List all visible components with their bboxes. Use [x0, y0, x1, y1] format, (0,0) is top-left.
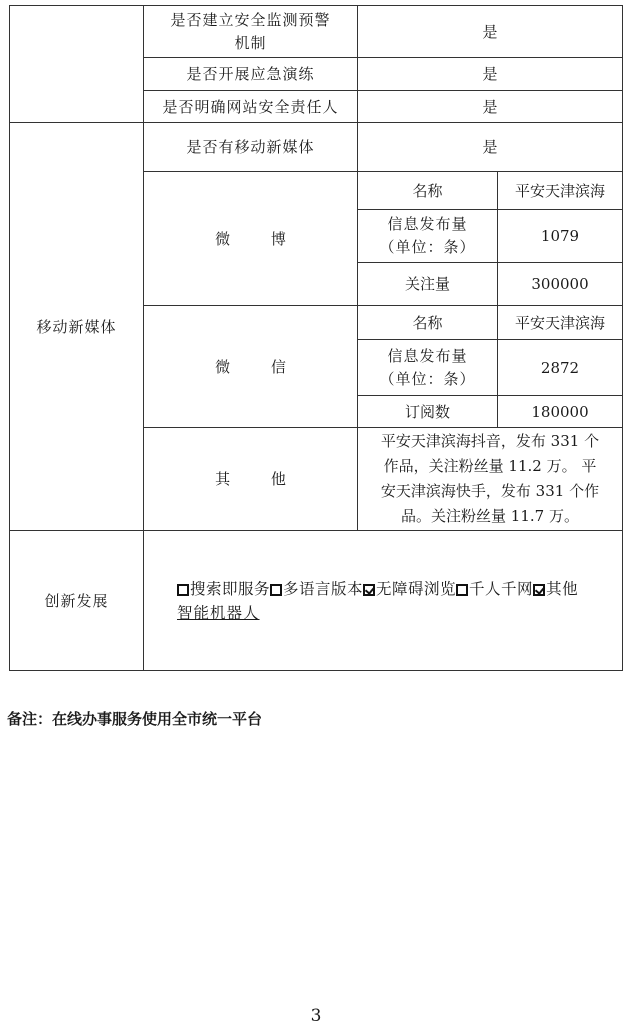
wechat-label: 微 信 — [143, 305, 358, 428]
innovation-options-cell: 搜索即服务多语言版本无障碍浏览千人千网其他 智能机器人 — [143, 530, 623, 671]
wechat-name-label: 名称 — [357, 305, 498, 340]
remark-note: 备注：在线办事服务使用全市统一平台 — [7, 708, 262, 729]
mobile-media-section-label: 移动新媒体 — [9, 122, 144, 531]
page-number: 3 — [0, 1006, 632, 1026]
security-owner-label: 是否明确网站安全责任人 — [143, 90, 358, 123]
wechat-name-value: 平安天津滨海 — [497, 305, 623, 340]
checkbox-search-service[interactable] — [177, 584, 189, 596]
wechat-posts-label: 信息发布量 （单位：条） — [357, 339, 498, 396]
weibo-name-value: 平安天津滨海 — [497, 171, 623, 210]
innovation-other-value: 智能机器人 — [177, 601, 260, 625]
other-media-label: 其 他 — [143, 427, 358, 531]
monitoring-warning-value: 是 — [357, 5, 623, 58]
wechat-subscribers-value: 180000 — [497, 395, 623, 428]
wechat-posts-value: 2872 — [497, 339, 623, 396]
security-owner-value: 是 — [357, 90, 623, 123]
checkbox-other[interactable] — [533, 584, 545, 596]
emergency-drill-label: 是否开展应急演练 — [143, 57, 358, 91]
weibo-posts-value: 1079 — [497, 209, 623, 263]
weibo-followers-value: 300000 — [497, 262, 623, 306]
checkbox-personalized[interactable] — [456, 584, 468, 596]
weibo-label: 微 博 — [143, 171, 358, 306]
wechat-subscribers-label: 订阅数 — [357, 395, 498, 428]
innovation-options: 搜索即服务多语言版本无障碍浏览千人千网其他 — [177, 577, 578, 601]
other-media-value: 平安天津滨海抖音，发布 331 个 作品，关注粉丝量 11.2 万。 平 安天津… — [357, 427, 623, 531]
innovation-section-label: 创新发展 — [9, 530, 144, 671]
weibo-posts-label: 信息发布量 （单位：条） — [357, 209, 498, 263]
weibo-followers-label: 关注量 — [357, 262, 498, 306]
monitoring-warning-label: 是否建立安全监测预警 机制 — [143, 5, 358, 58]
has-mobile-media-value: 是 — [357, 122, 623, 172]
weibo-name-label: 名称 — [357, 171, 498, 210]
emergency-drill-value: 是 — [357, 57, 623, 91]
has-mobile-media-label: 是否有移动新媒体 — [143, 122, 358, 172]
checkbox-accessibility[interactable] — [363, 584, 375, 596]
security-section-label-cell — [9, 5, 144, 123]
checkbox-multilingual[interactable] — [270, 584, 282, 596]
